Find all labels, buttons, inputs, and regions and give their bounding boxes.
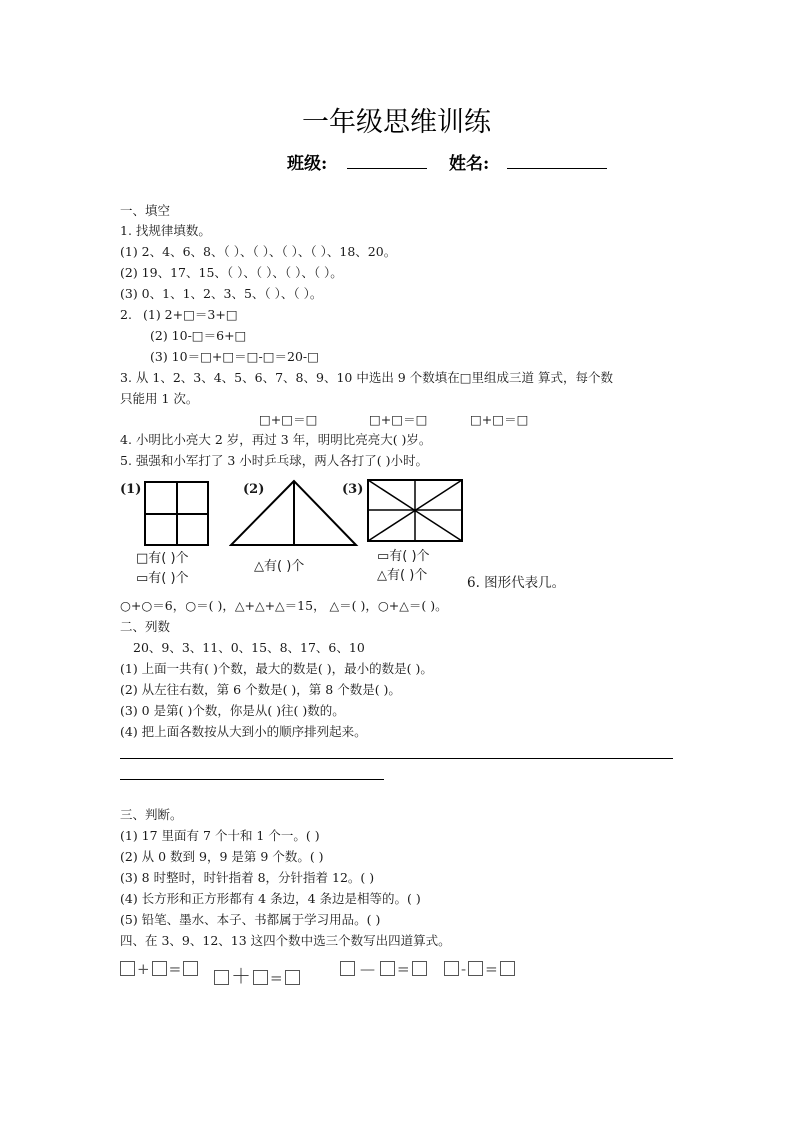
plus-sign: ＋: [231, 960, 251, 989]
question-2-item: (3) 10＝□+□＝□-□＝20-□: [150, 347, 319, 367]
answer-box[interactable]: [253, 970, 268, 985]
minus-sign: -: [461, 960, 466, 978]
minus-sign: —: [360, 960, 375, 978]
question-4: 4. 小明比小亮大 2 岁，再过 3 年，明明比亮亮大( )岁。: [120, 430, 431, 450]
equation-4[interactable]: -=: [444, 960, 515, 978]
question-1-item: (2) 19、17、15、（ ）、（ ）、（ ）、（ ）。: [120, 263, 343, 283]
figure-2-caption: △有( )个: [254, 555, 304, 574]
class-field[interactable]: [347, 168, 427, 169]
name-label: 姓名:: [449, 149, 489, 174]
section-2-item: (3) 0 是第( )个数，你是从( )往( )数的。: [120, 701, 345, 721]
question-1-item: (3) 0、1、1、2、3、5、（ ）、（ ）。: [120, 284, 322, 304]
answer-box[interactable]: [214, 970, 229, 985]
equation-blank[interactable]: □+□＝□: [470, 410, 528, 430]
judgement-item: (2) 从 0 数到 9，9 是第 9 个数。( ): [120, 847, 324, 867]
figure-3-caption: △有( )个: [377, 564, 427, 583]
equation-3[interactable]: —=: [340, 960, 427, 978]
section-2-item: (1) 上面一共有( )个数，最大的数是( )，最小的数是( )。: [120, 659, 433, 679]
answer-line[interactable]: [120, 758, 673, 759]
question-2-item: (2) 10-□＝6+□: [150, 326, 246, 346]
figure-1-square-grid: [144, 481, 210, 547]
figure-3-caption: ▭有( )个: [377, 545, 430, 564]
equation-blank[interactable]: □+□＝□: [369, 410, 427, 430]
section-heading: 一、填空: [120, 201, 170, 221]
equals-sign: =: [169, 960, 182, 978]
figure-1-caption: □有( )个: [136, 547, 189, 566]
answer-box[interactable]: [152, 961, 167, 976]
section-heading: 四、在 3、9、12、13 这四个数中选三个数写出四道算式。: [120, 931, 451, 951]
equation-blank[interactable]: □+□＝□: [259, 410, 317, 430]
name-field[interactable]: [507, 168, 607, 169]
section-2-item: (4) 把上面各数按从大到小的顺序排列起来。: [120, 722, 367, 742]
question-2-item: (1) 2+□＝3+□: [143, 305, 238, 325]
equation-2[interactable]: ＋=: [214, 960, 300, 989]
section-heading: 二、列数: [120, 617, 170, 637]
answer-box[interactable]: [340, 961, 355, 976]
judgement-item: (5) 铅笔、墨水、本子、书都属于学习用品。( ): [120, 910, 380, 930]
figure-1-caption: ▭有( )个: [136, 567, 189, 586]
question-3-prompt: 3. 从 1、2、3、4、5、6、7、8、9、10 中选出 9 个数填在□里组成…: [120, 368, 613, 388]
section-heading: 三、判断。: [120, 805, 183, 825]
figure-2-triangle: [229, 479, 359, 547]
judgement-item: (3) 8 时整时，时针指着 8，分针指着 12。( ): [120, 868, 374, 888]
answer-box[interactable]: [120, 961, 135, 976]
figure-3-label: (3): [342, 482, 363, 497]
question-5: 5. 强强和小军打了 3 小时乒乓球，两人各打了( )小时。: [120, 451, 428, 471]
answer-box[interactable]: [412, 961, 427, 976]
answer-box[interactable]: [183, 961, 198, 976]
figure-3-rectangle-grid: [367, 479, 464, 543]
answer-box[interactable]: [444, 961, 459, 976]
number-list: 20、9、3、11、0、15、8、17、6、10: [133, 638, 365, 658]
class-label: 班级:: [287, 149, 327, 174]
answer-box[interactable]: [500, 961, 515, 976]
answer-box[interactable]: [380, 961, 395, 976]
equals-sign: =: [397, 960, 410, 978]
answer-line[interactable]: [120, 779, 384, 780]
page-title: 一年级思维训练: [0, 100, 793, 139]
question-1-item: (1) 2、4、6、8、（ ）、（ ）、（ ）、（ ）、18、20。: [120, 242, 396, 262]
plus-sign: +: [137, 960, 150, 978]
equals-sign: =: [485, 960, 498, 978]
equals-sign: =: [270, 969, 283, 987]
question-3-prompt: 只能用 1 次。: [120, 389, 198, 409]
question-6-line: ○+○＝6，○＝( )，△+△+△＝15， △＝( )，○+△＝( )。: [120, 596, 448, 616]
question-1-prompt: 1. 找规律填数。: [120, 221, 211, 241]
answer-box[interactable]: [468, 961, 483, 976]
section-2-item: (2) 从左往右数，第 6 个数是( )，第 8 个数是( )。: [120, 680, 401, 700]
judgement-item: (4) 长方形和正方形都有 4 条边，4 条边是相等的。( ): [120, 889, 421, 909]
equation-1[interactable]: +=: [120, 960, 198, 978]
question-6-prompt: 6. 图形代表几。: [467, 573, 565, 593]
judgement-item: (1) 17 里面有 7 个十和 1 个一。( ): [120, 826, 320, 846]
figure-1-label: (1): [120, 482, 141, 497]
answer-box[interactable]: [285, 970, 300, 985]
question-2-label: 2.: [120, 305, 132, 325]
